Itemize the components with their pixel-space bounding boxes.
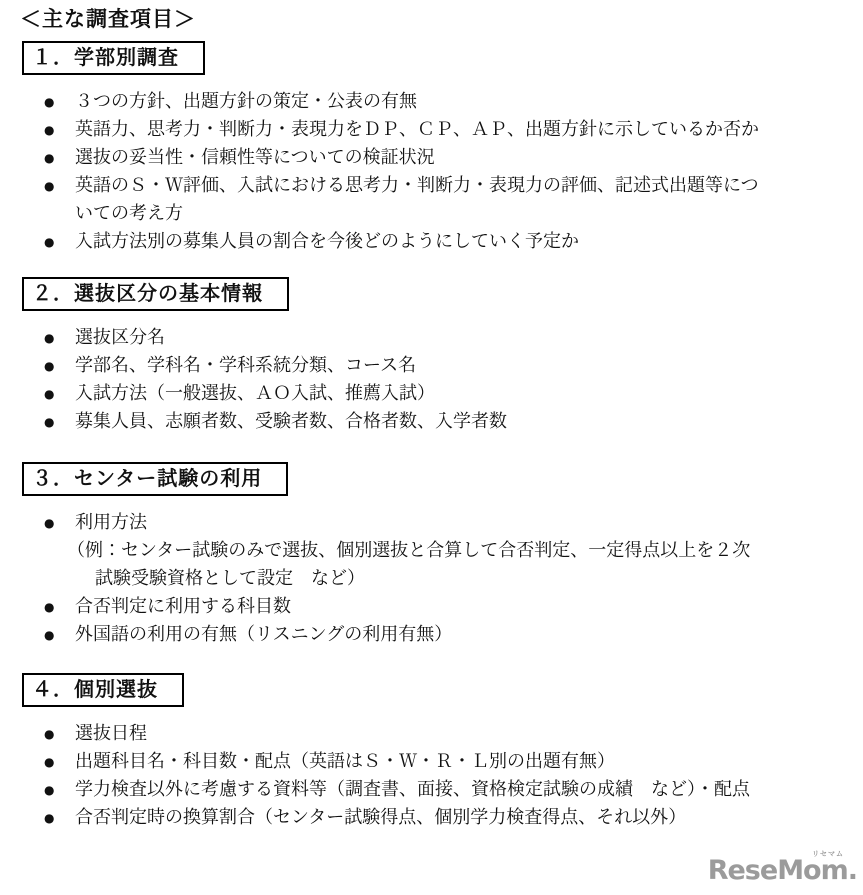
list-item-text: 募集人員、志願者数、受験者数、合格者数、入学者数 bbox=[75, 411, 507, 432]
list-item-example-note: （例：センター試験のみで選抜、個別選抜と合算して合否判定、一定得点以上を２次 bbox=[67, 537, 839, 565]
logo-ruby-text: リセマム bbox=[812, 851, 844, 858]
list-item-text: 選抜日程 bbox=[75, 723, 147, 744]
page-title: ＜主な調査項目＞ bbox=[0, 0, 863, 32]
list-item: ● 学部名、学科名・学科系統分類、コース名 bbox=[44, 352, 839, 380]
list-item-text: 入試方法（一般選抜、ＡＯ入試、推薦入試） bbox=[75, 383, 435, 404]
bullet-icon: ● bbox=[44, 408, 54, 436]
bullet-icon: ● bbox=[44, 116, 54, 144]
bullet-icon: ● bbox=[44, 144, 54, 172]
list-item-text: 英語力、思考力・判断力・表現力をＤＰ、ＣＰ、ＡＰ、出題方針に示しているか否か bbox=[75, 119, 759, 140]
bullet-icon: ● bbox=[44, 324, 54, 352]
list-item: ● 外国語の利用の有無（リスニングの利用有無） bbox=[44, 621, 839, 649]
resemom-logo: リセマム ReseMom. bbox=[708, 854, 857, 888]
list-item-text: 外国語の利用の有無（リスニングの利用有無） bbox=[75, 624, 452, 645]
section-1-list: ● ３つの方針、出題方針の策定・公表の有無 ● 英語力、思考力・判断力・表現力を… bbox=[44, 88, 839, 256]
list-item-text: 合否判定時の換算割合（センター試験得点、個別学力検査得点、それ以外） bbox=[75, 807, 686, 828]
section-2-heading: ２．選抜区分の基本情報 bbox=[22, 277, 289, 311]
section-4-list: ● 選抜日程 ● 出題科目名・科目数・配点（英語はＳ・Ｗ・Ｒ・Ｌ別の出題有無） … bbox=[44, 720, 839, 832]
list-item-example-note-continuation: 試験受験資格として設定 など） bbox=[95, 565, 839, 593]
section-kobetsu-senbatsu: ４．個別選抜 ● 選抜日程 ● 出題科目名・科目数・配点（英語はＳ・Ｗ・Ｒ・Ｌ別… bbox=[22, 673, 863, 832]
bullet-icon: ● bbox=[44, 352, 54, 380]
list-item: ● 学力検査以外に考慮する資料等（調査書、面接、資格検定試験の成績 など）・配点 bbox=[44, 776, 839, 804]
list-item-text: 入試方法別の募集人員の割合を今後どのようにしていく予定か bbox=[75, 231, 579, 252]
list-item: ● 合否判定に利用する科目数 bbox=[44, 593, 839, 621]
section-gakubu-betsu-chousa: １．学部別調査 ● ３つの方針、出題方針の策定・公表の有無 ● 英語力、思考力・… bbox=[22, 41, 863, 256]
list-item: ● ３つの方針、出題方針の策定・公表の有無 bbox=[44, 88, 839, 116]
list-item-text: ３つの方針、出題方針の策定・公表の有無 bbox=[75, 91, 417, 112]
section-3-list: ● 利用方法 （例：センター試験のみで選抜、個別選抜と合算して合否判定、一定得点… bbox=[44, 509, 839, 649]
logo-wordmark: ReseMom. bbox=[708, 855, 857, 886]
list-item: ● 英語のＳ・Ｗ評価、入試における思考力・判断力・表現力の評価、記述式出題等につ… bbox=[44, 172, 839, 228]
list-item-text: 合否判定に利用する科目数 bbox=[75, 596, 291, 617]
list-item-text: 英語のＳ・Ｗ評価、入試における思考力・判断力・表現力の評価、記述式出題等につ bbox=[75, 175, 759, 196]
bullet-icon: ● bbox=[44, 720, 54, 748]
bullet-icon: ● bbox=[44, 776, 54, 804]
document-page: ＜主な調査項目＞ １．学部別調査 ● ３つの方針、出題方針の策定・公表の有無 ●… bbox=[0, 0, 863, 895]
list-item-text: 学部名、学科名・学科系統分類、コース名 bbox=[75, 355, 416, 376]
bullet-icon: ● bbox=[44, 748, 54, 776]
bullet-icon: ● bbox=[44, 804, 54, 832]
list-item: ● 選抜日程 bbox=[44, 720, 839, 748]
section-1-heading: １．学部別調査 bbox=[22, 41, 205, 75]
list-item: ● 入試方法（一般選抜、ＡＯ入試、推薦入試） bbox=[44, 380, 839, 408]
bullet-icon: ● bbox=[44, 172, 54, 200]
list-item: ● 出題科目名・科目数・配点（英語はＳ・Ｗ・Ｒ・Ｌ別の出題有無） bbox=[44, 748, 839, 776]
bullet-icon: ● bbox=[44, 88, 54, 116]
bullet-icon: ● bbox=[44, 593, 54, 621]
bullet-icon: ● bbox=[44, 621, 54, 649]
list-item-text: 選抜の妥当性・信頼性等についての検証状況 bbox=[75, 147, 435, 168]
section-senbatsu-kubun-kihon-jouhou: ２．選抜区分の基本情報 ● 選抜区分名 ● 学部名、学科名・学科系統分類、コース… bbox=[22, 277, 863, 436]
bullet-icon: ● bbox=[44, 509, 54, 537]
list-item-text: 出題科目名・科目数・配点（英語はＳ・Ｗ・Ｒ・Ｌ別の出題有無） bbox=[75, 751, 615, 772]
list-item: ● 利用方法 （例：センター試験のみで選抜、個別選抜と合算して合否判定、一定得点… bbox=[44, 509, 839, 593]
list-item: ● 入試方法別の募集人員の割合を今後どのようにしていく予定か bbox=[44, 228, 839, 256]
list-item: ● 選抜の妥当性・信頼性等についての検証状況 bbox=[44, 144, 839, 172]
section-2-list: ● 選抜区分名 ● 学部名、学科名・学科系統分類、コース名 ● 入試方法（一般選… bbox=[44, 324, 839, 436]
list-item: ● 合否判定時の換算割合（センター試験得点、個別学力検査得点、それ以外） bbox=[44, 804, 839, 832]
list-item-text: 選抜区分名 bbox=[75, 327, 165, 348]
list-item: ● 英語力、思考力・判断力・表現力をＤＰ、ＣＰ、ＡＰ、出題方針に示しているか否か bbox=[44, 116, 839, 144]
section-center-shiken-riyou: ３．センター試験の利用 ● 利用方法 （例：センター試験のみで選抜、個別選抜と合… bbox=[22, 462, 863, 649]
list-item: ● 選抜区分名 bbox=[44, 324, 839, 352]
list-item-text: 利用方法 bbox=[75, 512, 147, 533]
list-item-text: 学力検査以外に考慮する資料等（調査書、面接、資格検定試験の成績 など）・配点 bbox=[75, 779, 750, 800]
section-3-heading: ３．センター試験の利用 bbox=[22, 462, 288, 496]
section-4-heading: ４．個別選抜 bbox=[22, 673, 184, 707]
list-item-text-continuation: いての考え方 bbox=[75, 200, 839, 228]
bullet-icon: ● bbox=[44, 380, 54, 408]
bullet-icon: ● bbox=[44, 228, 54, 256]
list-item: ● 募集人員、志願者数、受験者数、合格者数、入学者数 bbox=[44, 408, 839, 436]
